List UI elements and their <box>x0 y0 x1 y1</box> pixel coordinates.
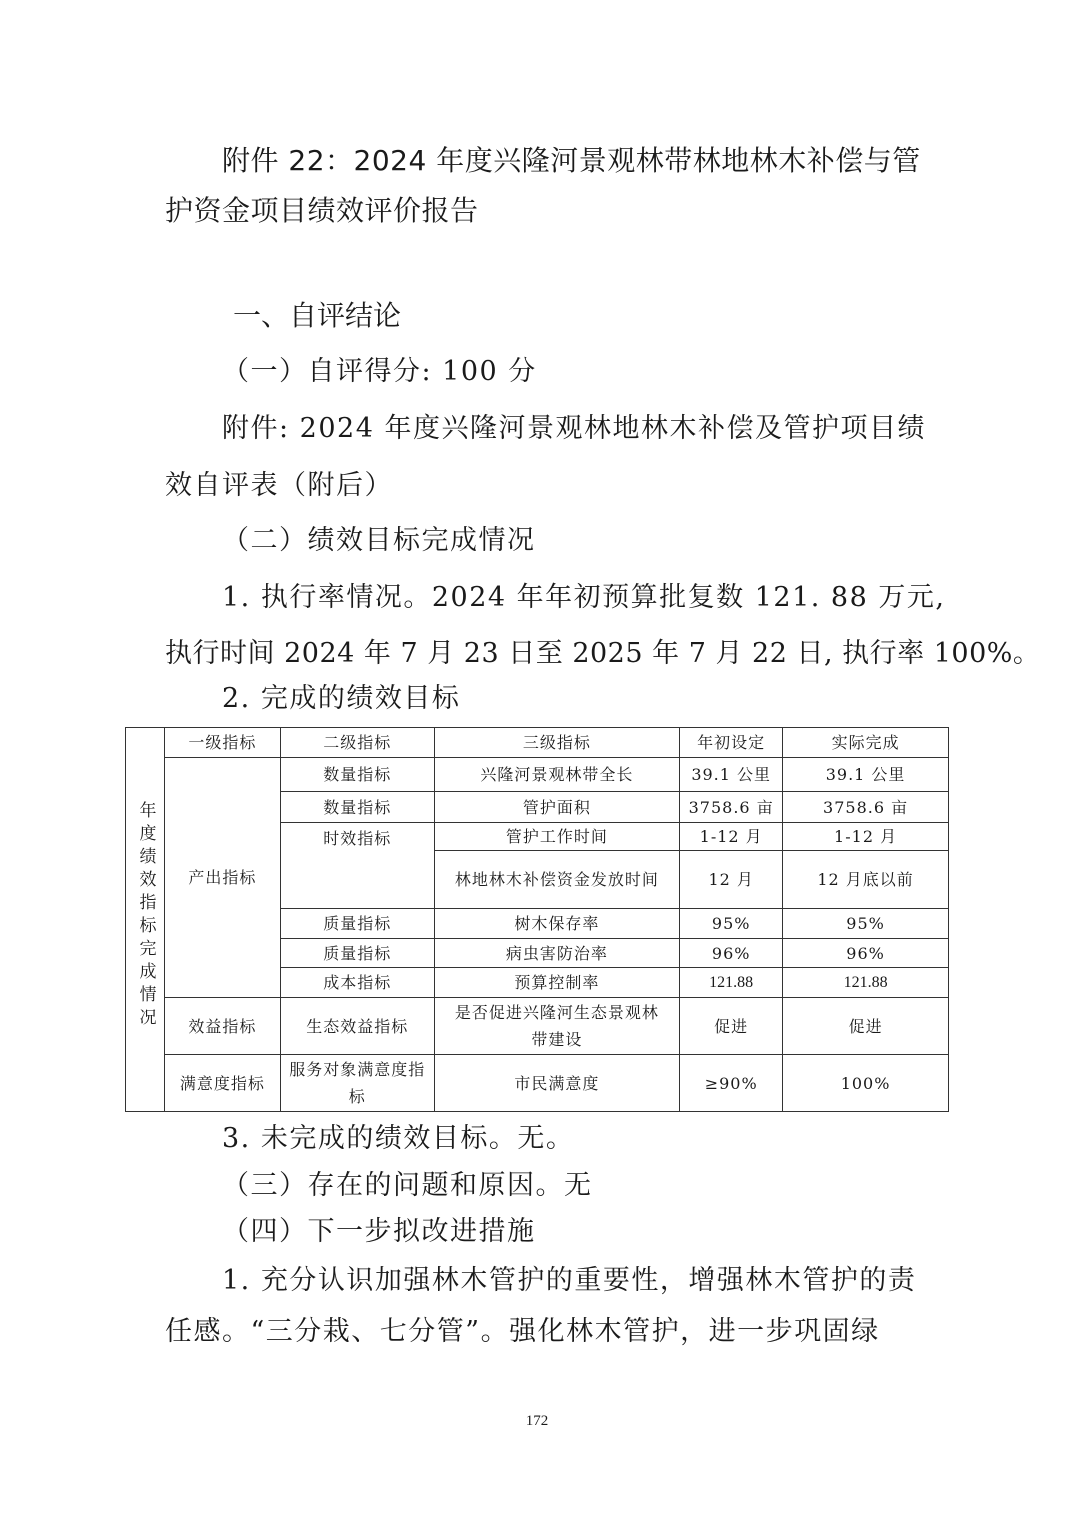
header-target: 年初设定 <box>680 728 783 758</box>
cell-level2: 质量指标 <box>280 909 434 939</box>
cell-level2: 成本指标 <box>280 968 434 998</box>
execution-rate-line-2: 执行时间 2024 年 7 月 23 日至 2025 年 7 月 22 日, 执… <box>165 640 1040 667</box>
cell-level2: 时效指标 <box>280 823 434 909</box>
measure-1-line-1: 1. 充分认识加强林木管护的重要性，增强林木管护的责 <box>222 1267 916 1294</box>
completed-goals-heading: 2. 完成的绩效目标 <box>222 685 460 712</box>
header-actual: 实际完成 <box>783 728 949 758</box>
attachment-line-2: 效自评表（附后） <box>165 472 393 499</box>
cell-level3: 树木保存率 <box>434 909 680 939</box>
table-row: 效益指标 生态效益指标 是否促进兴隆河生态景观林带建设 促进 促进 <box>126 998 949 1055</box>
cell-level2: 数量指标 <box>280 758 434 792</box>
cell-target: 96% <box>680 939 783 968</box>
cell-level3: 管护工作时间 <box>434 823 680 851</box>
cell-actual: 121.88 <box>783 968 949 998</box>
cell-level2: 数量指标 <box>280 792 434 823</box>
cell-target: 12 月 <box>680 851 783 909</box>
cell-target: 促进 <box>680 998 783 1055</box>
cell-actual: 12 月底以前 <box>783 851 949 909</box>
cell-target: 1-12 月 <box>680 823 783 851</box>
cell-level2: 质量指标 <box>280 939 434 968</box>
cell-actual: 39.1 公里 <box>783 758 949 792</box>
cell-level3: 林地林木补偿资金发放时间 <box>434 851 680 909</box>
document-title-line-2: 护资金项目绩效评价报告 <box>165 197 479 225</box>
page-number: 172 <box>0 1413 1074 1430</box>
cell-target: 3758.6 亩 <box>680 792 783 823</box>
cell-level3: 市民满意度 <box>434 1055 680 1112</box>
cell-level3: 兴隆河景观林带全长 <box>434 758 680 792</box>
goals-heading: （二）绩效目标完成情况 <box>222 527 536 554</box>
attachment-line-1: 附件: 2024 年度兴隆河景观林地林木补偿及管护项目绩 <box>222 415 926 442</box>
next-steps-heading: （四）下一步拟改进措施 <box>222 1218 536 1245</box>
document-title-line-1: 附件 22：2024 年度兴隆河景观林带林地林木补偿与管 <box>222 147 921 175</box>
table-row: 满意度指标 服务对象满意度指标 市民满意度 ≥90% 100% <box>126 1055 949 1112</box>
cell-actual: 95% <box>783 909 949 939</box>
cell-level3: 是否促进兴隆河生态景观林带建设 <box>434 998 680 1055</box>
level1-benefit: 效益指标 <box>164 998 280 1055</box>
measure-1-line-2: 任感。“三分栽、七分管”。强化林木管护，进一步巩固绿 <box>165 1318 880 1345</box>
header-level3: 三级指标 <box>434 728 680 758</box>
cell-level3: 管护面积 <box>434 792 680 823</box>
cell-level2: 生态效益指标 <box>280 998 434 1055</box>
execution-rate-line-1: 1. 执行率情况。2024 年年初预算批复数 121. 88 万元, <box>222 584 945 611</box>
cell-level2: 服务对象满意度指标 <box>280 1055 434 1112</box>
cell-actual: 3758.6 亩 <box>783 792 949 823</box>
problems-heading: （三）存在的问题和原因。无 <box>222 1172 593 1199</box>
table-row: 产出指标 数量指标 兴隆河景观林带全长 39.1 公里 39.1 公里 <box>126 758 949 792</box>
cell-target: ≥90% <box>680 1055 783 1112</box>
cell-target: 95% <box>680 909 783 939</box>
header-level1: 一级指标 <box>164 728 280 758</box>
level1-satisfaction: 满意度指标 <box>164 1055 280 1112</box>
side-label: 年度绩效指标完成情况 <box>131 801 158 1031</box>
cell-actual: 96% <box>783 939 949 968</box>
level1-output: 产出指标 <box>164 758 280 998</box>
unfinished-goals: 3. 未完成的绩效目标。无。 <box>222 1125 574 1152</box>
cell-target: 39.1 公里 <box>680 758 783 792</box>
cell-target: 121.88 <box>680 968 783 998</box>
cell-level3: 病虫害防治率 <box>434 939 680 968</box>
self-score: （一）自评得分: 100 分 <box>222 358 537 385</box>
section-heading-self-evaluation: 一、自评结论 <box>233 302 401 330</box>
cell-actual: 促进 <box>783 998 949 1055</box>
performance-table: 年度绩效指标完成情况 一级指标 二级指标 三级指标 年初设定 实际完成 产出指标… <box>125 727 949 1112</box>
side-label-cell: 年度绩效指标完成情况 <box>126 728 165 1112</box>
header-level2: 二级指标 <box>280 728 434 758</box>
cell-actual: 100% <box>783 1055 949 1112</box>
cell-level3: 预算控制率 <box>434 968 680 998</box>
cell-actual: 1-12 月 <box>783 823 949 851</box>
